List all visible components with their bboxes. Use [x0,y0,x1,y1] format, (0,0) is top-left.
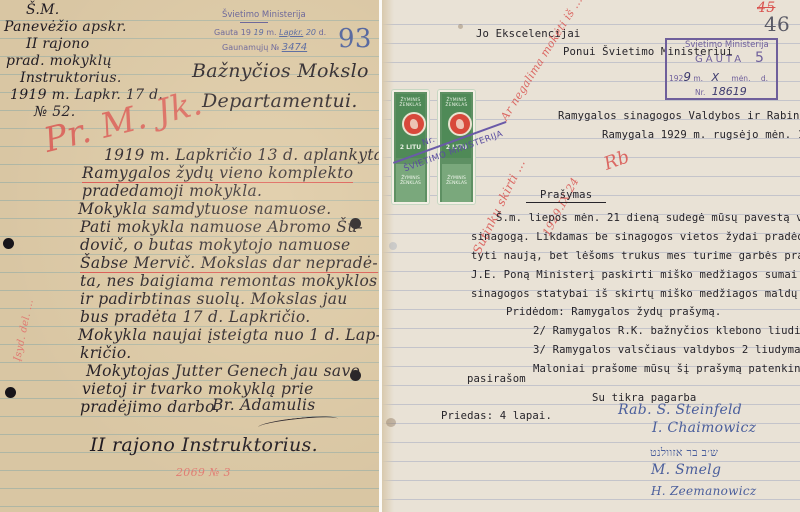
body-line: ir padirbtinas suolų. Mokslas jau [80,290,348,308]
punch-hole [350,370,361,381]
enclosure-note: Priedas: 4 lapai. [441,410,552,422]
body-line: Šabse Mervič. Mokslas dar nepradė- [80,254,378,272]
signature: M. Smelg [651,462,721,478]
closing-line: Maloniai prašome mūsų šį prašymą patenki… [533,363,800,375]
body-line: Ramygalos žydų vieno komplekto [82,164,353,182]
attachment-item: 3/ Ramygalos valsčiaus valdybos 2 liudym… [533,344,800,356]
punch-hole [3,238,14,249]
body-line: sinagogos statybai iš skirtų miško medži… [471,288,800,300]
received-stamp-gauta: Švietimo Ministerija GAUTA 5 1929 m. X m… [665,38,778,100]
attachment-item: 2/ Ramygalos R.K. bažnyčios klebono liud… [533,325,800,337]
body-line: Š.m. liepos mėn. 21 dieną sudegė mūsų pa… [496,212,800,224]
subject-title: Prašymas [526,189,606,203]
stamp-rule [240,22,268,23]
punch-hole [350,218,361,229]
signature: Rab. S. Steinfeld [618,402,742,418]
body-line: pradėjimo darbo. [80,398,220,416]
attachments-intro: Pridėdom: Ramygalos žydų prašymą. [506,306,721,318]
folio-number: 93 [338,24,372,54]
coat-of-arms-icon [402,112,426,136]
signature-hebrew: ש׳ב בר אזוולנט [650,446,718,459]
stamp-nr-row: Nr. 18619 [695,85,747,98]
body-line: dovič, o butas mokytojo namuose [80,236,350,254]
signature: H. Zeemanowicz [651,484,756,498]
stamp-number-row: Gaunamųjų № 3474 [222,42,307,53]
corner-folio-number: 46 [764,12,790,36]
header-line: II rajono [26,36,89,52]
header-line: prad. mokyklų [6,53,112,69]
signature: I. Chaimowicz [652,420,756,436]
header-line: Panevėžio apskr. [4,19,127,35]
bottom-red-note: 2069 № 3 [176,466,231,479]
body-line: Mokykla samdytuose namuose. [78,200,331,218]
stamp-date-row: 1929 m. X mėn. d. [669,70,768,84]
header-line: Instruktorius. [20,70,122,86]
body-line: Pati mokykla namuose Abromo Šu- [80,218,363,236]
signature: Br. Adamulis [212,396,315,414]
closing-line: pasirašom [467,373,526,385]
body-line: 1919 m. Lapkričio 13 d. aplankyta [104,146,379,164]
addressee-line: Bažnyčios Mokslo [192,60,369,82]
body-line: ta, nes baigiama remontas mokyklos [80,272,377,290]
body-line: pradedamoji mokykla. [82,182,262,200]
paper-stain [458,24,463,29]
body-line: sinagogą. Likdamas be sinagogos vietos ž… [471,231,800,243]
signature-title: II rajono Instruktorius. [90,434,318,456]
place-date: Ramygala 1929 m. rugsėjo mėn. 10 d. [602,129,800,141]
body-line: Mokytojas Jutter Genech jau savo [86,362,360,380]
header-line: Š.M. [26,2,60,18]
margin-red-note: Įsyd. del. ... [12,298,36,362]
left-page-handwritten-report: Š.M. Panevėžio apskr. II rajono prad. mo… [0,0,379,512]
stamp-title: Švietimo Ministerija [685,40,769,50]
body-line: Mokykla naujai įsteigta nuo 1 d. Lap- [78,326,379,344]
stamp-gauta: GAUTA [695,54,744,65]
coat-of-arms-icon [448,112,472,136]
paper-stain [389,242,397,250]
body-line: kričio. [80,344,131,362]
body-line: bus pradėta 17 d. Lapkričio. [80,308,311,326]
stamp-title: Švietimo Ministerija [222,10,306,20]
signature-flourish [258,414,339,432]
paper-stain [386,418,396,427]
sender-line: Ramygalos sinagogos Valdybos ir Rabino [558,110,800,122]
stamp-gauta-no: 5 [755,50,764,66]
body-line: J.E. Poną Ministerį paskirti miško medži… [471,269,800,281]
punch-hole [5,387,16,398]
stamp-date-row: Gauta 19 19 m. Lapkr. 20 d. [214,28,326,37]
body-line: tyti naują, bet lėšoms trukus mes turime… [471,250,800,262]
addressee-line: Departamentui. [202,90,358,112]
